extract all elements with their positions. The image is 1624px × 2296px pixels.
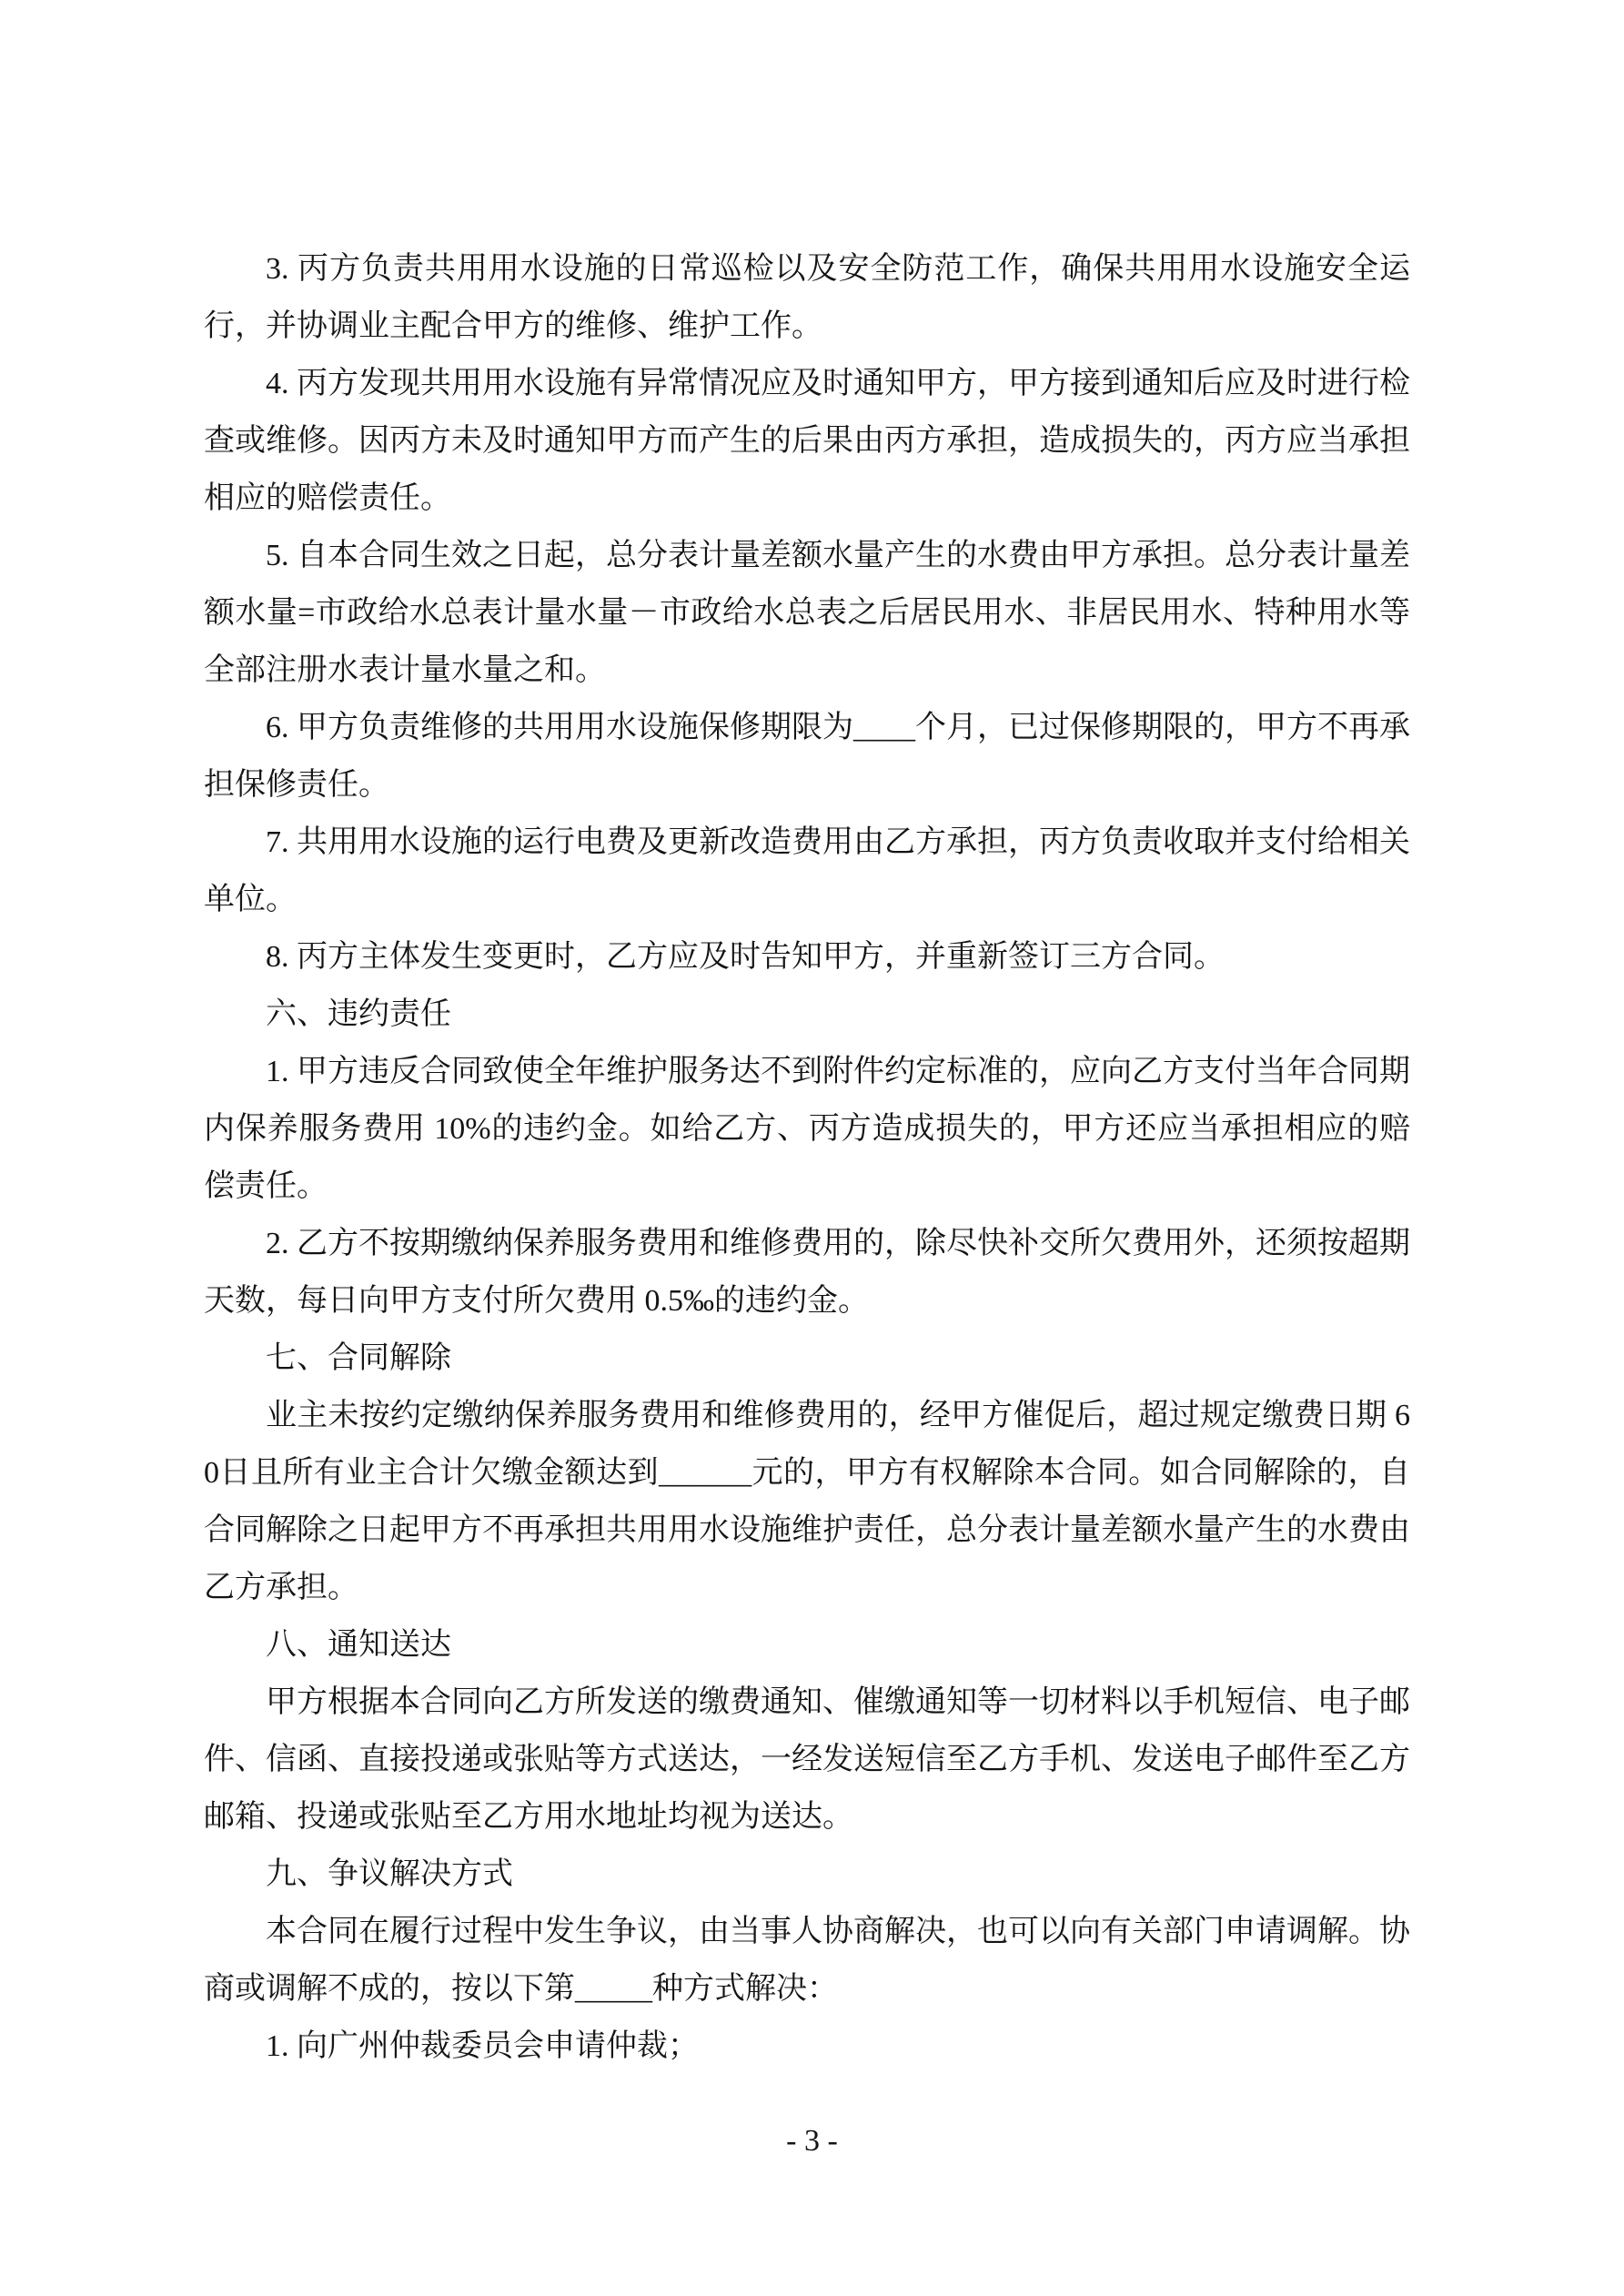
clause-4-abnormal-notification: 4. 丙方发现共用用水设施有异常情况应及时通知甲方，甲方接到通知后应及时进行检查… — [204, 355, 1410, 527]
clause-5-water-fee-difference: 5. 自本合同生效之日起，总分表计量差额水量产生的水费由甲方承担。总分表计量差额… — [204, 527, 1410, 699]
contract-page: 3. 丙方负责共用用水设施的日常巡检以及安全防范工作，确保共用用水设施安全运行，… — [0, 0, 1624, 2296]
section-heading-breach-liability: 六、违约责任 — [204, 986, 1410, 1043]
section-heading-dispute-resolution: 九、争议解决方式 — [204, 1846, 1410, 1903]
breach-clause-1-party-a: 1. 甲方违反合同致使全年维护服务达不到附件约定标准的，应向乙方支付当年合同期内… — [204, 1043, 1410, 1215]
clause-8-subject-change: 8. 丙方主体发生变更时，乙方应及时告知甲方，并重新签订三方合同。 — [204, 928, 1410, 986]
page-footer: - 3 - — [0, 2120, 1624, 2161]
notice-delivery-clause: 甲方根据本合同向乙方所发送的缴费通知、催缴通知等一切材料以手机短信、电子邮件、信… — [204, 1674, 1410, 1846]
section-heading-notice-delivery: 八、通知送达 — [204, 1616, 1410, 1674]
dispute-option-arbitration: 1. 向广州仲裁委员会申请仲裁； — [204, 2018, 1410, 2075]
termination-clause: 业主未按约定缴纳保养服务费用和维修费用的，经甲方催促后，超过规定缴费日期 60日… — [204, 1387, 1410, 1616]
page-number: - 3 - — [786, 2124, 838, 2158]
section-heading-termination: 七、合同解除 — [204, 1330, 1410, 1387]
document-body: 3. 丙方负责共用用水设施的日常巡检以及安全防范工作，确保共用用水设施安全运行，… — [204, 240, 1410, 2075]
breach-clause-2-party-b: 2. 乙方不按期缴纳保养服务费用和维修费用的，除尽快补交所欠费用外，还须按超期天… — [204, 1215, 1410, 1330]
clause-3-daily-inspection: 3. 丙方负责共用用水设施的日常巡检以及安全防范工作，确保共用用水设施安全运行，… — [204, 240, 1410, 355]
clause-7-electricity-fee: 7. 共用用水设施的运行电费及更新改造费用由乙方承担，丙方负责收取并支付给相关单… — [204, 814, 1410, 928]
dispute-resolution-clause: 本合同在履行过程中发生争议，由当事人协商解决，也可以向有关部门申请调解。协商或调… — [204, 1903, 1410, 2018]
clause-6-warranty-period: 6. 甲方负责维修的共用用水设施保修期限为____个月，已过保修期限的，甲方不再… — [204, 699, 1410, 814]
